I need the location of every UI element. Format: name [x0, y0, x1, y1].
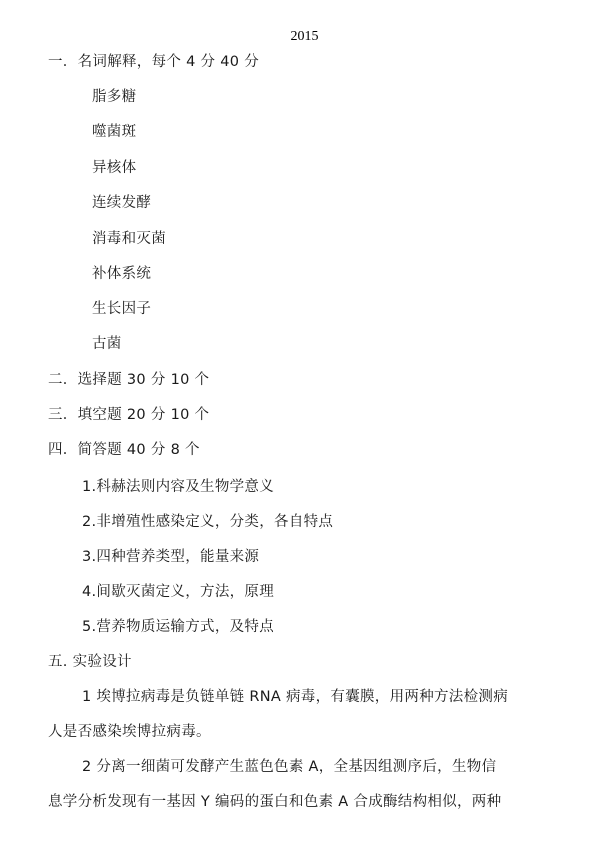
page-title: 2015 — [0, 29, 609, 45]
question-item: 5.营养物质运输方式，及特点 — [82, 617, 274, 637]
section-1-heading: 一．名词解释，每个 4 分 40 分 — [48, 52, 259, 72]
term-item: 古菌 — [92, 334, 122, 354]
question-item: 1.科赫法则内容及生物学意义 — [82, 477, 274, 497]
term-item: 连续发酵 — [92, 193, 151, 213]
term-item: 补体系统 — [92, 264, 151, 284]
experiment-paragraph-line: 人是否感染埃博拉病毒。 — [48, 722, 211, 742]
term-item: 生长因子 — [92, 299, 151, 319]
section-3-heading: 三．填空题 20 分 10 个 — [48, 405, 209, 425]
section-2-heading: 二．选择题 30 分 10 个 — [48, 370, 209, 390]
term-item: 噬菌斑 — [92, 122, 136, 142]
section-5-heading: 五. 实验设计 — [48, 652, 132, 672]
term-item: 异核体 — [92, 158, 136, 178]
term-item: 消毒和灭菌 — [92, 229, 166, 249]
section-4-heading: 四．简答题 40 分 8 个 — [48, 440, 200, 460]
question-item: 3.四种营养类型，能量来源 — [82, 547, 259, 567]
experiment-paragraph-line: 1 埃博拉病毒是负链单链 RNA 病毒，有囊膜，用两种方法检测病 — [82, 687, 508, 707]
experiment-paragraph-line: 息学分析发现有一基因 Y 编码的蛋白和色素 A 合成酶结构相似，两种 — [48, 792, 501, 812]
term-item: 脂多糖 — [92, 87, 136, 107]
question-item: 2.非增殖性感染定义，分类，各自特点 — [82, 512, 333, 532]
experiment-paragraph-line: 2 分离一细菌可发酵产生蓝色色素 A，全基因组测序后，生物信 — [82, 757, 496, 777]
question-item: 4.间歇灭菌定义，方法，原理 — [82, 582, 274, 602]
